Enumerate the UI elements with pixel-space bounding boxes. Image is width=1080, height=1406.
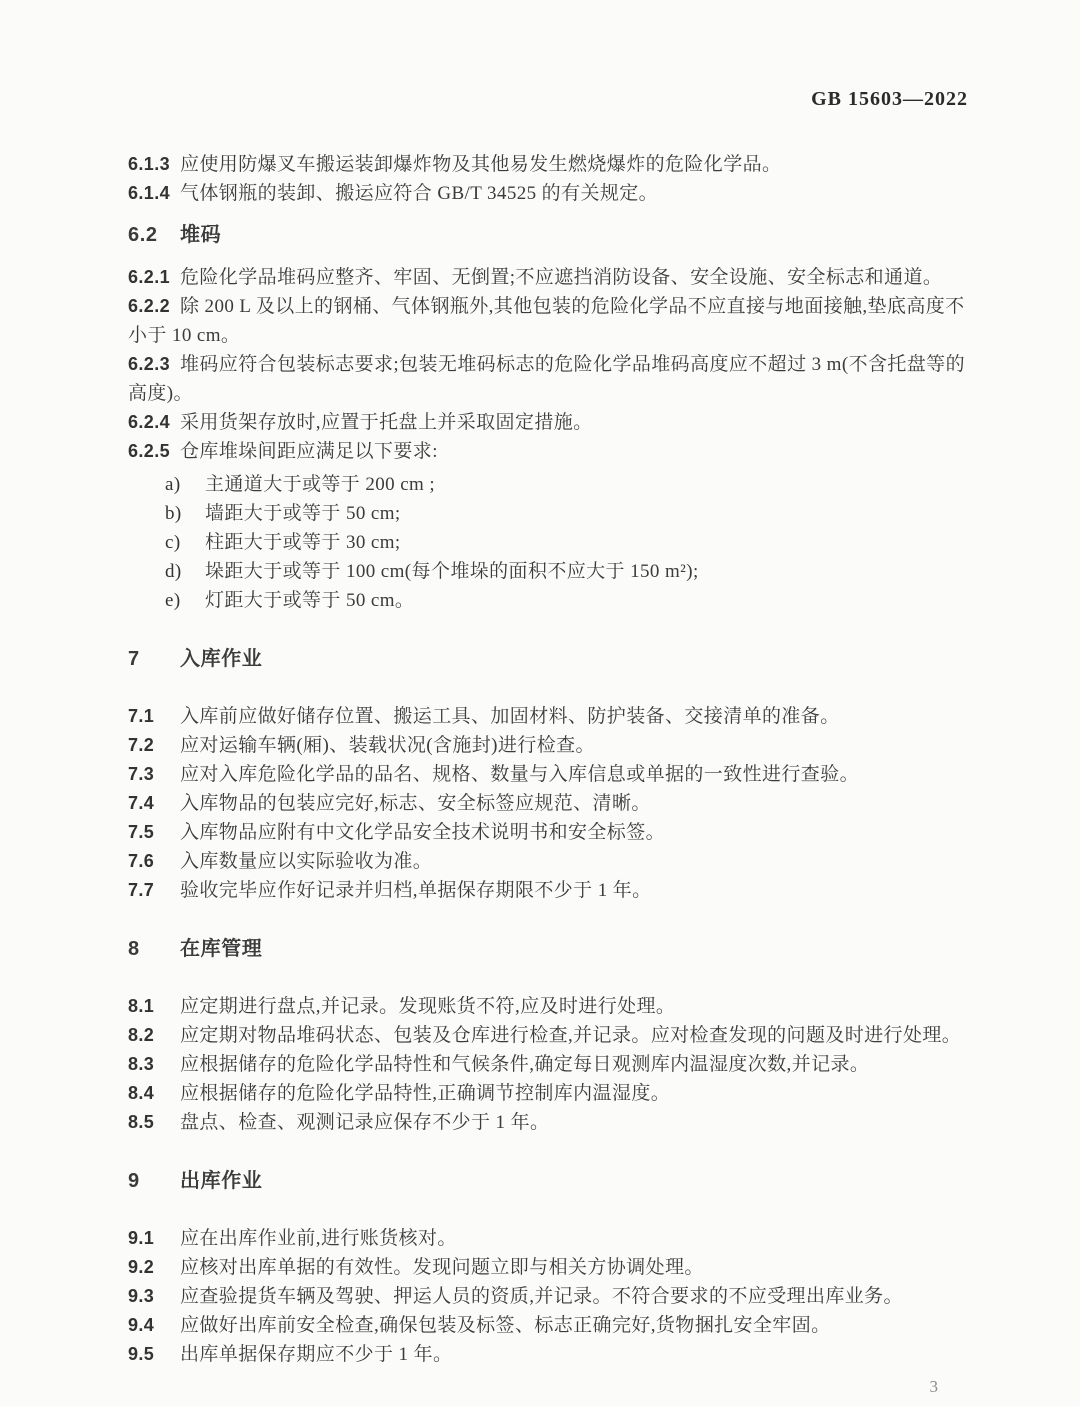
item-number: 9.2 bbox=[128, 1253, 180, 1282]
clause-6.2.5: 6.2.5仓库堆垛间距应满足以下要求: bbox=[128, 437, 968, 466]
list-item-d: d)垛距大于或等于 100 cm(每个堆垛的面积不应大于 150 m²); bbox=[128, 557, 968, 586]
section-heading-7: 7入库作业 bbox=[128, 646, 968, 672]
clause-6.2.4: 6.2.4采用货架存放时,应置于托盘上并采取固定措施。 bbox=[128, 408, 968, 437]
clause-8.3: 8.3应根据储存的危险化学品特性和气候条件,确定每日观测库内温湿度次数,并记录。 bbox=[128, 1050, 968, 1079]
item-number: 9.4 bbox=[128, 1311, 180, 1340]
item-text: 危险化学品堆码应整齐、牢固、无倒置;不应遮挡消防设备、安全设施、安全标志和通道。 bbox=[180, 267, 942, 288]
item-number: 7 bbox=[128, 646, 180, 672]
section-heading-9: 9出库作业 bbox=[128, 1168, 968, 1194]
item-number: 6.1.3 bbox=[128, 150, 180, 179]
item-text: 应定期进行盘点,并记录。发现账货不符,应及时进行处理。 bbox=[180, 996, 675, 1017]
item-number: 6.2.2 bbox=[128, 292, 180, 321]
clause-6.2.3: 6.2.3堆码应符合包装标志要求;包装无堆码标志的危险化学品堆码高度应不超过 3… bbox=[128, 350, 968, 408]
item-number: 6.2.1 bbox=[128, 263, 180, 292]
item-text: 气体钢瓶的装卸、搬运应符合 GB/T 34525 的有关规定。 bbox=[180, 183, 658, 204]
list-item-c: c)柱距大于或等于 30 cm; bbox=[128, 528, 968, 557]
clause-6.1.3: 6.1.3应使用防爆叉车搬运装卸爆炸物及其他易发生燃烧爆炸的危险化学品。 bbox=[128, 150, 968, 179]
clause-6.2.1: 6.2.1危险化学品堆码应整齐、牢固、无倒置;不应遮挡消防设备、安全设施、安全标… bbox=[128, 263, 968, 292]
item-text: 主通道大于或等于 200 cm ; bbox=[205, 474, 435, 495]
item-text: 仓库堆垛间距应满足以下要求: bbox=[180, 441, 438, 462]
item-number: 8.2 bbox=[128, 1021, 180, 1050]
clause-9.4: 9.4应做好出库前安全检查,确保包装及标签、标志正确完好,货物捆扎安全牢固。 bbox=[128, 1311, 968, 1340]
item-text: 应使用防爆叉车搬运装卸爆炸物及其他易发生燃烧爆炸的危险化学品。 bbox=[180, 154, 781, 175]
item-number: 9.1 bbox=[128, 1224, 180, 1253]
page-number: 3 bbox=[128, 1377, 968, 1397]
section-heading-8: 8在库管理 bbox=[128, 936, 968, 962]
item-number: 7.6 bbox=[128, 847, 180, 876]
item-text: 柱距大于或等于 30 cm; bbox=[205, 532, 401, 553]
item-number: 6.2.3 bbox=[128, 350, 180, 379]
document-body: 6.1.3应使用防爆叉车搬运装卸爆炸物及其他易发生燃烧爆炸的危险化学品。6.1.… bbox=[128, 150, 968, 1369]
list-item-a: a)主通道大于或等于 200 cm ; bbox=[128, 470, 968, 499]
item-number: 6.2.5 bbox=[128, 437, 180, 466]
item-text: 堆码应符合包装标志要求;包装无堆码标志的危险化学品堆码高度应不超过 3 m(不含… bbox=[128, 354, 965, 404]
item-text: 盘点、检查、观测记录应保存不少于 1 年。 bbox=[180, 1112, 549, 1133]
item-number: 7.2 bbox=[128, 731, 180, 760]
item-number: a) bbox=[165, 470, 205, 499]
item-text: 应定期对物品堆码状态、包装及仓库进行检查,并记录。应对检查发现的问题及时进行处理… bbox=[180, 1025, 961, 1046]
item-number: c) bbox=[165, 528, 205, 557]
item-text: 除 200 L 及以上的钢桶、气体钢瓶外,其他包装的危险化学品不应直接与地面接触… bbox=[128, 296, 965, 346]
item-number: 8.3 bbox=[128, 1050, 180, 1079]
item-text: 在库管理 bbox=[180, 938, 262, 960]
item-text: 验收完毕应作好记录并归档,单据保存期限不少于 1 年。 bbox=[180, 880, 652, 901]
list-item-e: e)灯距大于或等于 50 cm。 bbox=[128, 586, 968, 615]
item-text: 应根据储存的危险化学品特性和气候条件,确定每日观测库内温湿度次数,并记录。 bbox=[180, 1054, 869, 1075]
item-number: 9 bbox=[128, 1168, 180, 1194]
clause-9.2: 9.2应核对出库单据的有效性。发现问题立即与相关方协调处理。 bbox=[128, 1253, 968, 1282]
item-text: 应在出库作业前,进行账货核对。 bbox=[180, 1228, 457, 1249]
item-number: 9.5 bbox=[128, 1340, 180, 1369]
clause-7.7: 7.7验收完毕应作好记录并归档,单据保存期限不少于 1 年。 bbox=[128, 876, 968, 905]
item-number: 7.4 bbox=[128, 789, 180, 818]
item-text: 入库前应做好储存位置、搬运工具、加固材料、防护装备、交接清单的准备。 bbox=[180, 706, 840, 727]
item-number: 7.3 bbox=[128, 760, 180, 789]
clause-7.3: 7.3应对入库危险化学品的品名、规格、数量与入库信息或单据的一致性进行查验。 bbox=[128, 760, 968, 789]
item-text: 应做好出库前安全检查,确保包装及标签、标志正确完好,货物捆扎安全牢固。 bbox=[180, 1315, 831, 1336]
item-text: 墙距大于或等于 50 cm; bbox=[205, 503, 401, 524]
clause-7.4: 7.4入库物品的包装应完好,标志、安全标签应规范、清晰。 bbox=[128, 789, 968, 818]
item-number: b) bbox=[165, 499, 205, 528]
item-text: 采用货架存放时,应置于托盘上并采取固定措施。 bbox=[180, 412, 593, 433]
clause-7.6: 7.6入库数量应以实际验收为准。 bbox=[128, 847, 968, 876]
clause-6.1.4: 6.1.4气体钢瓶的装卸、搬运应符合 GB/T 34525 的有关规定。 bbox=[128, 179, 968, 208]
item-text: 应查验提货车辆及驾驶、押运人员的资质,并记录。不符合要求的不应受理出库业务。 bbox=[180, 1286, 903, 1307]
clause-6.2.2: 6.2.2除 200 L 及以上的钢桶、气体钢瓶外,其他包装的危险化学品不应直接… bbox=[128, 292, 968, 350]
page: GB 15603—2022 6.1.3应使用防爆叉车搬运装卸爆炸物及其他易发生燃… bbox=[0, 0, 1080, 1406]
clause-7.5: 7.5入库物品应附有中文化学品安全技术说明书和安全标签。 bbox=[128, 818, 968, 847]
item-text: 入库物品的包装应完好,标志、安全标签应规范、清晰。 bbox=[180, 793, 651, 814]
item-number: 8 bbox=[128, 936, 180, 962]
item-text: 出库单据保存期应不少于 1 年。 bbox=[180, 1344, 452, 1365]
item-number: 7.7 bbox=[128, 876, 180, 905]
item-number: e) bbox=[165, 586, 205, 615]
clause-8.4: 8.4应根据储存的危险化学品特性,正确调节控制库内温湿度。 bbox=[128, 1079, 968, 1108]
standard-number: GB 15603—2022 bbox=[128, 88, 968, 110]
item-text: 灯距大于或等于 50 cm。 bbox=[205, 590, 414, 611]
section-heading-6.2: 6.2堆码 bbox=[128, 222, 968, 248]
item-number: 6.2 bbox=[128, 222, 180, 248]
item-text: 入库数量应以实际验收为准。 bbox=[180, 851, 432, 872]
item-number: 8.4 bbox=[128, 1079, 180, 1108]
clause-7.1: 7.1入库前应做好储存位置、搬运工具、加固材料、防护装备、交接清单的准备。 bbox=[128, 702, 968, 731]
list-item-b: b)墙距大于或等于 50 cm; bbox=[128, 499, 968, 528]
item-text: 应核对出库单据的有效性。发现问题立即与相关方协调处理。 bbox=[180, 1257, 704, 1278]
clause-8.5: 8.5盘点、检查、观测记录应保存不少于 1 年。 bbox=[128, 1108, 968, 1137]
item-number: 6.1.4 bbox=[128, 179, 180, 208]
clause-8.2: 8.2应定期对物品堆码状态、包装及仓库进行检查,并记录。应对检查发现的问题及时进… bbox=[128, 1021, 968, 1050]
item-text: 应根据储存的危险化学品特性,正确调节控制库内温湿度。 bbox=[180, 1083, 670, 1104]
clause-9.1: 9.1应在出库作业前,进行账货核对。 bbox=[128, 1224, 968, 1253]
clause-7.2: 7.2应对运输车辆(厢)、装载状况(含施封)进行检查。 bbox=[128, 731, 968, 760]
item-number: 7.5 bbox=[128, 818, 180, 847]
clause-9.5: 9.5出库单据保存期应不少于 1 年。 bbox=[128, 1340, 968, 1369]
item-number: 6.2.4 bbox=[128, 408, 180, 437]
clause-9.3: 9.3应查验提货车辆及驾驶、押运人员的资质,并记录。不符合要求的不应受理出库业务… bbox=[128, 1282, 968, 1311]
item-text: 应对入库危险化学品的品名、规格、数量与入库信息或单据的一致性进行查验。 bbox=[180, 764, 859, 785]
clause-8.1: 8.1应定期进行盘点,并记录。发现账货不符,应及时进行处理。 bbox=[128, 992, 968, 1021]
item-text: 应对运输车辆(厢)、装载状况(含施封)进行检查。 bbox=[180, 735, 595, 756]
item-number: 7.1 bbox=[128, 702, 180, 731]
item-text: 堆码 bbox=[180, 224, 221, 246]
item-text: 出库作业 bbox=[180, 1170, 262, 1192]
item-text: 入库作业 bbox=[180, 648, 262, 670]
item-number: d) bbox=[165, 557, 205, 586]
item-text: 垛距大于或等于 100 cm(每个堆垛的面积不应大于 150 m²); bbox=[205, 561, 699, 582]
item-number: 8.5 bbox=[128, 1108, 180, 1137]
item-number: 8.1 bbox=[128, 992, 180, 1021]
item-number: 9.3 bbox=[128, 1282, 180, 1311]
item-text: 入库物品应附有中文化学品安全技术说明书和安全标签。 bbox=[180, 822, 665, 843]
